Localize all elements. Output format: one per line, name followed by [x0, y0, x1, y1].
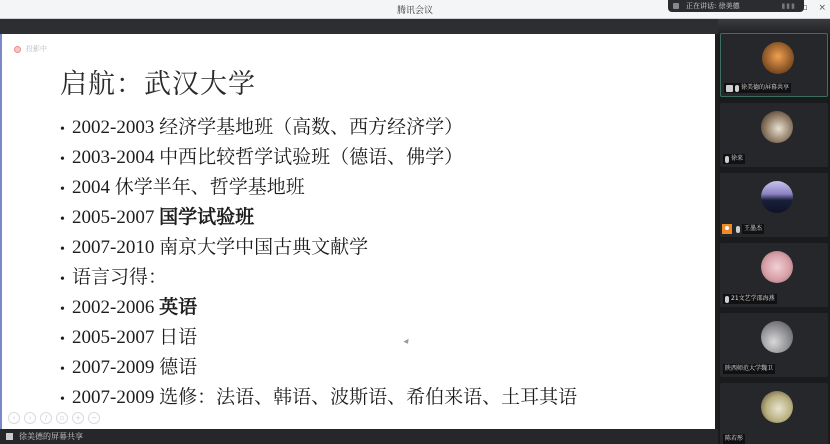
- bullet-item: •2003-2004 中西比较哲学试验班（德语、佛学）: [60, 143, 577, 173]
- screen-share-icon: [6, 433, 13, 440]
- pen-icon[interactable]: /: [40, 412, 52, 424]
- participant-tile[interactable]: 王墨杰: [720, 173, 828, 237]
- eraser-icon[interactable]: ▫: [56, 412, 68, 424]
- zoom-out-icon[interactable]: −: [88, 412, 100, 424]
- participant-tile[interactable]: 徐美德的屏幕共享: [720, 33, 828, 97]
- audio-level-icon: ▮▮▮: [781, 0, 796, 12]
- next-icon[interactable]: ›: [24, 412, 36, 424]
- avatar: [761, 111, 793, 143]
- bullet-item: •2004 休学半年、哲学基地班: [60, 173, 577, 203]
- bullet-item: •2005-2007 国学试验班: [60, 203, 577, 233]
- participant-tile[interactable]: 陕西师范大学魏卫: [720, 313, 828, 377]
- notification-text: 正在讲话: 徐美德: [686, 2, 740, 10]
- bullet-item: •2005-2007 日语: [60, 323, 577, 353]
- bullet-item: •2007-2009 德语: [60, 353, 577, 383]
- record-icon: [14, 46, 21, 53]
- speaking-notification: 正在讲话: 徐美德 ▮▮▮: [668, 0, 804, 12]
- sharer-tag: 投影中: [14, 44, 47, 54]
- mic-icon: [725, 296, 729, 303]
- slide-title: 启航：武汉大学: [60, 62, 256, 101]
- host-badge-icon: [722, 224, 732, 234]
- avatar: [761, 181, 793, 213]
- share-bottom-bar: 徐美德的屏幕共享: [0, 429, 718, 444]
- avatar: [761, 321, 793, 353]
- avatar: [761, 251, 793, 283]
- bullet-item: •2007-2009 选修：法语、韩语、波斯语、希伯来语、土耳其语: [60, 383, 577, 413]
- prev-icon[interactable]: ‹: [8, 412, 20, 424]
- bullet-item: •语言习得：: [60, 263, 577, 293]
- mic-icon: [736, 226, 740, 233]
- participant-tile[interactable]: 徐来: [720, 103, 828, 167]
- avatar: [761, 391, 793, 423]
- share-top-toolbar: [0, 19, 718, 34]
- shared-screen: 投影中 启航：武汉大学 •2002-2003 经济学基地班（高数、西方经济学） …: [0, 34, 715, 429]
- close-icon[interactable]: ×: [818, 3, 826, 13]
- slide-toolbar: ‹ › / ▫ + −: [8, 412, 100, 424]
- participant-panel: 徐美德的屏幕共享 徐来 王墨杰 21文艺学邵海燕 陕西师范大学魏卫 陈若彤: [718, 19, 830, 444]
- slide-bullets: •2002-2003 经济学基地班（高数、西方经济学） •2003-2004 中…: [60, 113, 577, 413]
- mic-icon: [735, 85, 739, 92]
- avatar: [762, 42, 794, 74]
- bullet-item: •2007-2010 南京大学中国古典文献学: [60, 233, 577, 263]
- speaker-icon: [673, 3, 679, 9]
- screen-share-icon: [726, 85, 733, 92]
- bullet-item: •2002-2006 英语: [60, 293, 577, 323]
- participant-tile[interactable]: 21文艺学邵海燕: [720, 243, 828, 307]
- participant-tile[interactable]: 陈若彤: [720, 383, 828, 444]
- zoom-in-icon[interactable]: +: [72, 412, 84, 424]
- mic-icon: [725, 156, 729, 163]
- bullet-item: •2002-2003 经济学基地班（高数、西方经济学）: [60, 113, 577, 143]
